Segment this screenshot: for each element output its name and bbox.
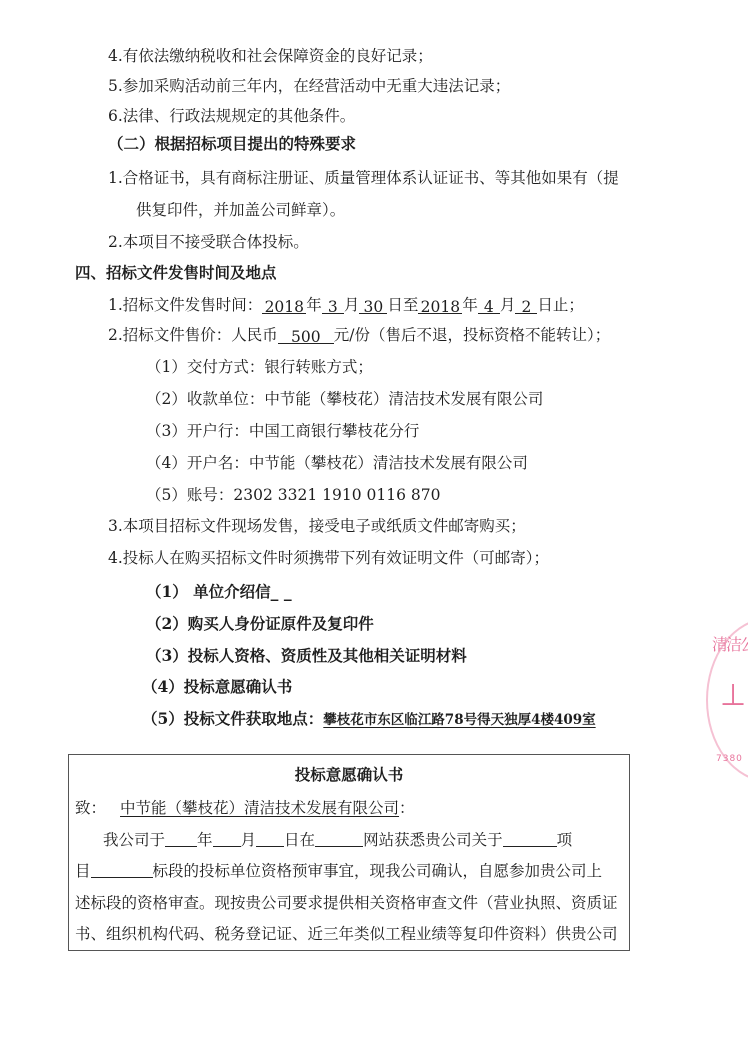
qualification-item-4: 4.有依法缴纳税收和社会保障资金的良好记录； [108, 46, 433, 66]
year-label-2: 年 [462, 296, 478, 314]
special-item-1-line1: 1.合格证书，具有商标注册证、质量管理体系认证证书、等其他如果有（提 [108, 168, 619, 188]
end-month: 4 [478, 297, 500, 314]
end-day: 2 [515, 297, 537, 314]
payment-method: （1）交付方式：银行转账方式； [146, 357, 373, 377]
text-segment: 标段的投标单位资格预审事宜，现我公司确认，自愿参加贵公司上 [153, 862, 603, 880]
start-day: 30 [359, 297, 387, 314]
required-doc-2: （2）购买人身份证原件及复印件 [146, 614, 374, 634]
item-4: 4.投标人在购买招标文件时须携带下列有效证明文件（可邮寄）； [108, 548, 549, 568]
form-paragraph-line3: 述标段的资格审查。现按贵公司要求提供相关资格审查文件（营业执照、资质证 [75, 893, 618, 913]
required-doc-1: （1） 单位介绍信_ _ [146, 582, 292, 602]
month-label-2: 月 [500, 296, 516, 314]
price-suffix: 元/份（售后不退，投标资格不能转让）； [334, 326, 610, 344]
section-blank[interactable] [91, 861, 153, 878]
seal-characters: 清洁公 [712, 632, 748, 655]
project-blank[interactable] [503, 830, 557, 847]
qualification-item-5: 5.参加采购活动前三年内，在经营活动中无重大违法记录； [108, 76, 510, 96]
text-segment: 网站获悉贵公司关于 [363, 831, 503, 849]
text-segment: 我公司于 [103, 831, 165, 849]
location-address: 攀枝花市东区临江路78号得天独厚4楼409室 [323, 712, 595, 728]
price-amount: 500 [278, 327, 334, 344]
item-3: 3.本项目招标文件现场发售，接受电子或纸质文件邮寄购买； [108, 516, 526, 536]
recipient-company: 中节能（攀枝花）清洁技术发展有限公司 [120, 799, 399, 817]
bank: （3）开户行：中国工商银行攀枝花分行 [146, 421, 419, 441]
end-label: 日止； [537, 296, 584, 314]
day-to-label: 日至 [387, 296, 418, 314]
form-paragraph-line4: 书、组织机构代码、税务登记证、近三年类似工程业绩等复印件资料）供贵公司 [75, 924, 618, 944]
special-requirements-heading: （二）根据招标项目提出的特殊要求 [108, 134, 356, 154]
section-4-heading: 四、招标文件发售时间及地点 [75, 263, 277, 283]
form-paragraph-line2: 目标段的投标单位资格预审事宜，现我公司确认，自愿参加贵公司上 [75, 861, 602, 881]
text-segment: 月 [241, 831, 257, 849]
to-colon: ： [399, 799, 415, 817]
confirmation-form: 投标意愿确认书 致：中节能（攀枝花）清洁技术发展有限公司： 我公司于年月日在网站… [68, 754, 630, 951]
special-item-2: 2.本项目不接受联合体投标。 [108, 232, 309, 252]
end-year: 2018 [418, 297, 462, 314]
text-segment: 年 [197, 831, 213, 849]
special-item-1-line2: 供复印件，并加盖公司鲜章）。 [136, 200, 345, 220]
required-doc-4: （4）投标意愿确认书 [142, 677, 292, 697]
text-segment: 目 [75, 862, 91, 880]
account-name: （4）开户名：中节能（攀枝花）清洁技术发展有限公司 [146, 453, 528, 473]
to-label: 致： [75, 799, 106, 817]
sale-time-label: 1.招标文件发售时间： [108, 296, 262, 314]
price-line: 2.招标文件售价：人民币500元/份（售后不退，投标资格不能转让）； [108, 325, 610, 345]
start-month: 3 [322, 297, 344, 314]
account-number: （5）账号：2302 3321 1910 0116 870 [146, 485, 440, 505]
location-label: （5）投标文件获取地点： [142, 709, 323, 728]
required-doc-3: （3）投标人资格、资质性及其他相关证明材料 [146, 646, 467, 666]
payee: （2）收款单位：中节能（攀枝花）清洁技术发展有限公司 [146, 389, 543, 409]
sale-time-line: 1.招标文件发售时间：2018年3月30日至2018年4月2日止； [108, 295, 584, 315]
month-label: 月 [344, 296, 360, 314]
seal-number: 7380 [716, 754, 743, 764]
website-blank[interactable] [315, 830, 363, 847]
day-blank[interactable] [256, 830, 284, 847]
form-title: 投标意愿确认书 [69, 765, 629, 785]
seal-star: ⊥ [720, 678, 746, 713]
start-year: 2018 [262, 297, 306, 314]
company-seal: 清洁公 ⊥ 7380 [706, 618, 748, 778]
year-label: 年 [306, 296, 322, 314]
text-segment: 项 [557, 831, 573, 849]
price-label: 2.招标文件售价：人民币 [108, 326, 278, 344]
qualification-item-6: 6.法律、行政法规规定的其他条件。 [108, 106, 355, 126]
year-blank[interactable] [165, 830, 197, 847]
text-segment: 日在 [284, 831, 315, 849]
required-doc-5: （5）投标文件获取地点：攀枝花市东区临江路78号得天独厚4楼409室 [142, 709, 596, 730]
month-blank[interactable] [213, 830, 241, 847]
form-recipient: 致：中节能（攀枝花）清洁技术发展有限公司： [75, 798, 415, 818]
form-paragraph-line1: 我公司于年月日在网站获悉贵公司关于项 [103, 830, 572, 850]
